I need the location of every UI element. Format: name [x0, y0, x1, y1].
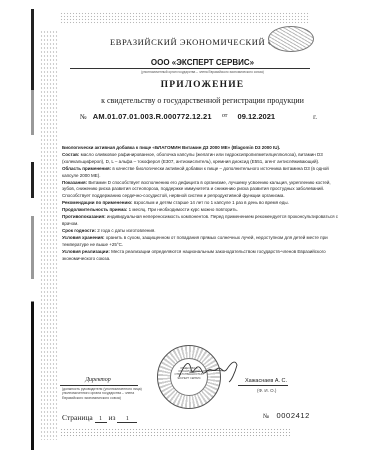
page-label: Страница [62, 413, 93, 422]
year-suffix: г. [313, 113, 317, 121]
shelf-life-paragraph: Срок годности: 2 года с даты изготовлени… [62, 228, 340, 235]
certificate-date: 09.12.2021 [238, 112, 276, 121]
certificate-appendix-page: ЕВРАЗИЙСКИЙ ЭКОНОМИЧЕСКИЙ СОЮЗ ООО «ЭКСП… [0, 0, 375, 450]
indications-paragraph: Показания: Витамин D способствует воспол… [62, 180, 340, 201]
scan-noise-top [60, 12, 310, 24]
page-counter: Страница 1 из 1 [62, 413, 137, 423]
document-title: ПРИЛОЖЕНИЕ [0, 80, 375, 90]
recommendations-paragraph: Рекомендации по применению: взрослым и д… [62, 200, 340, 207]
document-subtitle: к свидетельству о государственной регист… [0, 96, 375, 105]
duration-label: Продолжительность приема: [62, 207, 127, 212]
sales-label: Условия реализации: [62, 249, 110, 254]
contraindications-label: Противопоказания: [62, 214, 106, 219]
duration-text: 1 месяц. При необходимости курс можно по… [127, 207, 238, 212]
organization-name: ООО «ЭКСПЕРТ СЕРВИС» [0, 58, 375, 67]
organization-rule [70, 68, 310, 69]
contraindications-paragraph: Противопоказания: индивидуальная неперен… [62, 214, 340, 228]
from-label: от [222, 113, 228, 119]
recommendations-text: взрослым и детям старше 14 лет по 1 капс… [133, 200, 289, 205]
product-name: Биологически активная добавка к пище «БЛ… [62, 145, 340, 152]
page-total: 1 [117, 416, 137, 423]
of-label: из [108, 413, 115, 422]
organization-caption: (уполномоченный орган государства – член… [0, 70, 375, 74]
storage-label: Условия хранения: [62, 235, 105, 240]
signature-icon [175, 355, 245, 383]
signatory-role: Директор [63, 377, 133, 383]
signatory-name: Хажаснаев А. С. [245, 378, 287, 384]
serial-number-value: 0002412 [277, 411, 310, 420]
indications-label: Показания: [62, 180, 87, 185]
duration-paragraph: Продолжительность приема: 1 месяц. При н… [62, 207, 340, 214]
scope-paragraph: Область применения: в качестве биологиче… [62, 166, 340, 180]
role-rule [60, 385, 138, 386]
scan-edge-shadow [31, 0, 34, 450]
fio-caption: (Ф. И. О.) [257, 388, 276, 393]
scan-noise-bottom [60, 428, 290, 438]
serial-number-sign: № [263, 413, 270, 420]
composition-label: Состав: [62, 152, 79, 157]
sales-paragraph: Условия реализации: Места реализации опр… [62, 249, 340, 263]
composition-text: масло оливковое рафинированное, оболочка… [62, 152, 323, 164]
composition-paragraph: Состав: масло оливковое рафинированное, … [62, 152, 340, 166]
shelf-life-text: 2 года с даты изготовления. [96, 228, 156, 233]
storage-paragraph: Условия хранения: хранить в сухом, защищ… [62, 235, 340, 249]
page-current: 1 [95, 416, 107, 423]
certificate-number: AM.01.07.01.003.R.000772.12.21 [93, 112, 212, 121]
serial-number: № 0002412 [263, 411, 310, 420]
scan-noise-left [40, 30, 58, 440]
shelf-life-label: Срок годности: [62, 228, 96, 233]
scope-label: Область применения: [62, 166, 111, 171]
indications-text: Витамин D способствует восполнению его д… [62, 180, 331, 199]
appendix-body: Биологически активная добавка к пище «БЛ… [62, 145, 340, 262]
recommendations-label: Рекомендации по применению: [62, 200, 133, 205]
eaeu-emblem-icon [268, 26, 314, 52]
certificate-number-line: № AM.01.07.01.003.R.000772.12.21 от 09.1… [80, 112, 317, 121]
role-caption: (должность руководителя (уполномоченного… [62, 387, 152, 400]
number-sign: № [80, 113, 87, 121]
name-rule [238, 385, 288, 386]
